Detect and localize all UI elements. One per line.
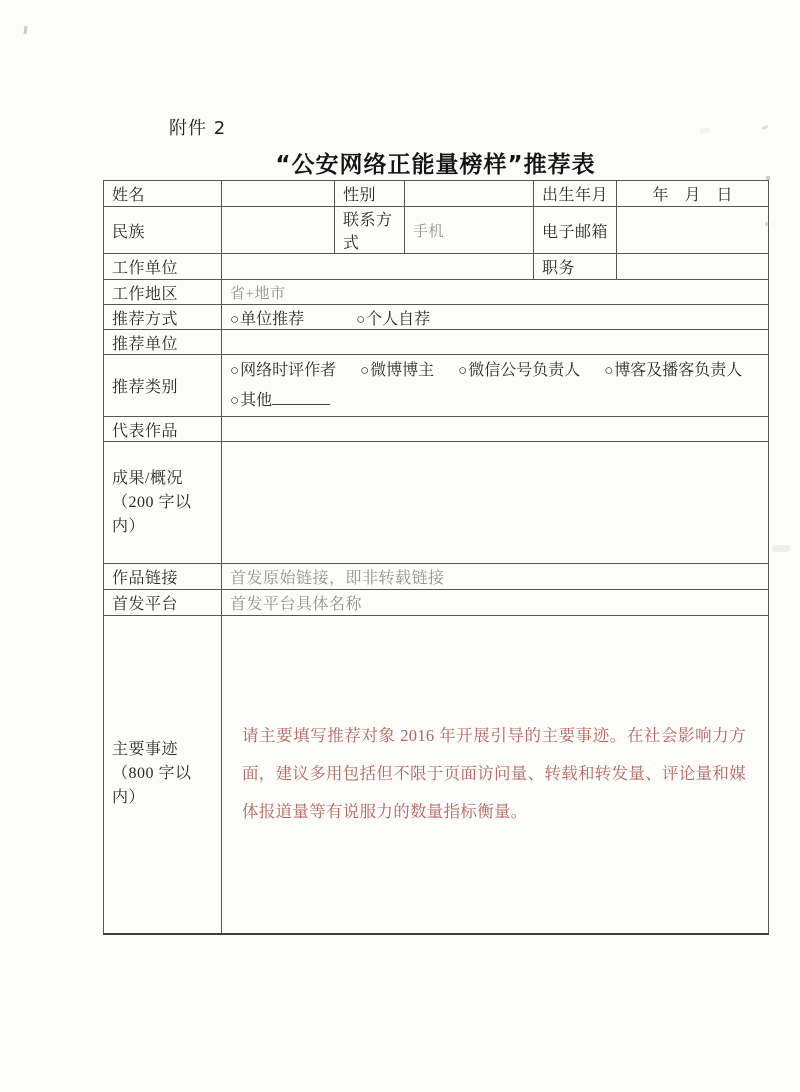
radio-circle-icon: ○ (356, 312, 365, 328)
rec-method-options-cell: ○单位推荐 ○个人自荐 (222, 305, 769, 330)
option-label: 个人自荐 (366, 311, 430, 328)
row-first-platform: 首发平台 首发平台具体名称 (104, 590, 769, 616)
row-rec-method: 推荐方式 ○单位推荐 ○个人自荐 (104, 305, 769, 330)
rec-unit-value-cell (222, 330, 769, 355)
rec-category-options-cell: ○网络时评作者 ○微博博主 ○微信公号负责人 ○博客及播客负责人 ○其他 (222, 355, 769, 417)
work-link-value-cell: 首发原始链接，即非转载链接 (222, 564, 769, 590)
representative-works-label: 代表作品 (104, 417, 222, 442)
main-deeds-sublabel: （800 字以内） (112, 762, 213, 810)
results-sublabel: （200 字以内） (112, 491, 213, 539)
row-representative-works: 代表作品 (104, 417, 769, 442)
main-deeds-note-cell: 请主要填写推荐对象 2016 年开展引导的主要事迹。在社会影响力方面，建议多用包… (222, 616, 769, 934)
contact-value-cell: 手机 (405, 207, 534, 254)
contact-label: 联系方式 (335, 207, 405, 254)
first-platform-label: 首发平台 (104, 590, 222, 616)
option-commentator: ○网络时评作者 (230, 362, 336, 379)
row-work-region: 工作地区 省+地市 (104, 280, 769, 305)
row-ethnicity: 民族 联系方式 手机 电子邮箱 (104, 207, 769, 254)
name-label: 姓名 (104, 181, 222, 207)
radio-circle-icon: ○ (230, 312, 239, 328)
results-value-cell (222, 442, 769, 564)
position-label: 职务 (534, 254, 617, 280)
option-label: 单位推荐 (240, 311, 304, 328)
scan-artifact (772, 545, 790, 552)
rec-method-label: 推荐方式 (104, 305, 222, 330)
row-rec-unit: 推荐单位 (104, 330, 769, 355)
row-work-unit: 工作单位 职务 (104, 254, 769, 280)
row-rec-category: 推荐类别 ○网络时评作者 ○微博博主 ○微信公号负责人 ○博客及播客负责人 ○其… (104, 355, 769, 417)
rec-unit-label: 推荐单位 (104, 330, 222, 355)
work-region-placeholder: 省+地市 (230, 286, 285, 302)
option-other: ○其他 (230, 392, 330, 409)
work-unit-label: 工作单位 (104, 254, 222, 280)
row-name: 姓名 性别 出生年月 年 月 日 (104, 181, 769, 207)
option-unit-recommend: ○单位推荐 (230, 311, 304, 328)
radio-circle-icon: ○ (230, 363, 239, 379)
work-unit-value-cell (222, 254, 534, 280)
row-main-deeds: 主要事迹 （800 字以内） 请主要填写推荐对象 2016 年开展引导的主要事迹… (104, 616, 769, 934)
radio-circle-icon: ○ (360, 363, 369, 379)
option-self-recommend: ○个人自荐 (356, 311, 430, 328)
gender-value-cell (405, 181, 534, 207)
work-link-label: 作品链接 (104, 564, 222, 590)
radio-circle-icon: ○ (458, 363, 467, 379)
row-results: 成果/概况 （200 字以内） (104, 442, 769, 564)
recommendation-form-table: 姓名 性别 出生年月 年 月 日 民族 联系方式 手机 电子邮箱 工作单位 职务… (103, 180, 769, 935)
birth-date-value: 年 月 日 (617, 181, 769, 207)
contact-placeholder: 手机 (413, 224, 444, 240)
option-label: 其他 (240, 392, 272, 409)
form-title: “公安网络正能量榜样”推荐表 (103, 146, 768, 179)
main-deeds-label-cell: 主要事迹 （800 字以内） (104, 616, 222, 934)
email-value-cell (617, 207, 769, 254)
scan-artifact (23, 26, 27, 34)
rec-category-label: 推荐类别 (104, 355, 222, 417)
radio-circle-icon: ○ (604, 363, 613, 379)
first-platform-value-cell: 首发平台具体名称 (222, 590, 769, 616)
ethnicity-value-cell (222, 207, 335, 254)
option-label: 微博博主 (370, 362, 434, 379)
representative-works-value-cell (222, 417, 769, 442)
row-work-link: 作品链接 首发原始链接，即非转载链接 (104, 564, 769, 590)
work-link-placeholder: 首发原始链接，即非转载链接 (230, 570, 445, 587)
fill-in-blank-line (272, 390, 330, 405)
email-label: 电子邮箱 (534, 207, 617, 254)
results-label: 成果/概况 (112, 467, 213, 491)
results-label-cell: 成果/概况 （200 字以内） (104, 442, 222, 564)
option-wechat-account: ○微信公号负责人 (458, 362, 580, 379)
option-label: 网络时评作者 (240, 362, 336, 379)
birth-date-label: 出生年月 (534, 181, 617, 207)
name-value-cell (222, 181, 335, 207)
first-platform-placeholder: 首发平台具体名称 (230, 596, 362, 613)
main-deeds-label: 主要事迹 (112, 738, 213, 762)
option-weibo-blogger: ○微博博主 (360, 362, 434, 379)
radio-circle-icon: ○ (230, 393, 239, 409)
option-label: 微信公号负责人 (468, 362, 580, 379)
scanned-form-page: 附件 2 “公安网络正能量榜样”推荐表 姓名 性别 出生年月 年 月 日 民族 … (0, 0, 800, 1092)
option-blog-podcast: ○博客及播客负责人 (604, 362, 742, 379)
scan-artifact (762, 125, 769, 130)
work-region-value-cell: 省+地市 (222, 280, 769, 305)
attachment-label: 附件 2 (169, 114, 226, 140)
ethnicity-label: 民族 (104, 207, 222, 254)
option-label: 博客及播客负责人 (614, 362, 742, 379)
main-deeds-instruction-note: 请主要填写推荐对象 2016 年开展引导的主要事迹。在社会影响力方面，建议多用包… (230, 717, 760, 831)
work-region-label: 工作地区 (104, 280, 222, 305)
rec-category-options-line2: ○其他 (230, 386, 760, 416)
rec-category-options-line1: ○网络时评作者 ○微博博主 ○微信公号负责人 ○博客及播客负责人 (230, 356, 760, 386)
gender-label: 性别 (335, 181, 405, 207)
scan-artifact (700, 128, 710, 133)
position-value-cell (617, 254, 769, 280)
